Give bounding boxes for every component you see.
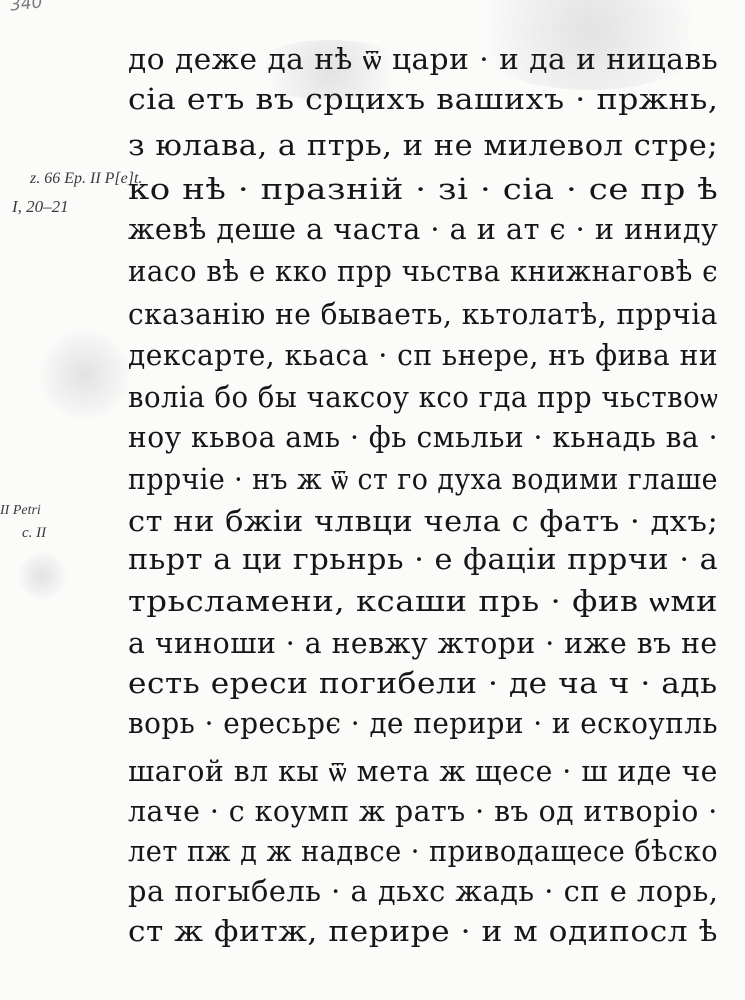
manuscript-line: а чиноши · а невжу жтори · иже въ не xyxy=(128,626,718,660)
margin-note-reference: z. 66 Ep. II P[e]t. xyxy=(30,170,142,188)
paper-stain xyxy=(18,552,66,600)
manuscript-line: дексарте, кьаса · сп ьнере, нъ фива ни xyxy=(128,338,718,372)
manuscript-line: пррчiе · нъ ж ѿ ст го духа водими глаше xyxy=(128,462,718,497)
paper-stain xyxy=(40,330,130,420)
manuscript-line: сказанiю не бываеть, кьтолатѣ, пррчiа xyxy=(128,297,718,331)
manuscript-line: иасо вѣ е кко прр чьства книжнаговѣ є xyxy=(128,254,718,288)
manuscript-line: есть ереси погибели · де ча ч · адь xyxy=(128,666,718,700)
manuscript-line: жевѣ деше а часта · а и ат є · и иниду xyxy=(128,212,718,246)
manuscript-line: ноу кьвоа амь · фь смьльи · кьнадь ва · xyxy=(128,420,718,454)
manuscript-line: з юлава, а птрь, и не милевол стре; xyxy=(128,128,718,162)
manuscript-line: трьсламени, ксаши прь · фив ѡми xyxy=(128,584,718,619)
manuscript-line: лет пж д ж надвсе · приводащесе бѣско xyxy=(128,834,718,868)
manuscript-line: ст ж фитж, перире · и м одипосл ѣ xyxy=(128,914,718,948)
manuscript-line: ворь · ересьрє · де перири · и ескоупль xyxy=(128,706,718,740)
manuscript-line: ко нѣ · празнiй · зi · сiа · се пр ѣ xyxy=(128,172,718,206)
margin-note-book: II Petri xyxy=(0,503,41,519)
manuscript-line: лаче · с коумп ж ратъ · въ од итворiо · xyxy=(128,794,718,828)
folio-number: 340 xyxy=(9,0,43,16)
manuscript-line: ра погыбель · а дьхс жадь · сп е лорь, xyxy=(128,874,718,908)
margin-note-chapter: c. II xyxy=(22,525,46,542)
manuscript-line: сiа етъ въ срцихъ вашихъ · пржнь, xyxy=(128,82,719,116)
manuscript-line: шагой вл кы ѿ мета ж щесе · ш иде че xyxy=(128,754,718,789)
manuscript-line: ст ни бжiи члвци чела с фатъ · дхъ; xyxy=(128,504,718,538)
manuscript-line: до деже да нѣ ѿ цари · и да и ницавь xyxy=(128,42,718,77)
manuscript-page: 340 z. 66 Ep. II P[e]t. I, 20–21 II Petr… xyxy=(0,0,745,1000)
margin-note-verses: I, 20–21 xyxy=(12,197,69,217)
manuscript-line: волiа бо бы чаксоу ксо гда прр чьствоѡ xyxy=(128,380,718,415)
manuscript-line: пьрт а ци грьнрь · е фацiи пррчи · а xyxy=(128,542,718,576)
